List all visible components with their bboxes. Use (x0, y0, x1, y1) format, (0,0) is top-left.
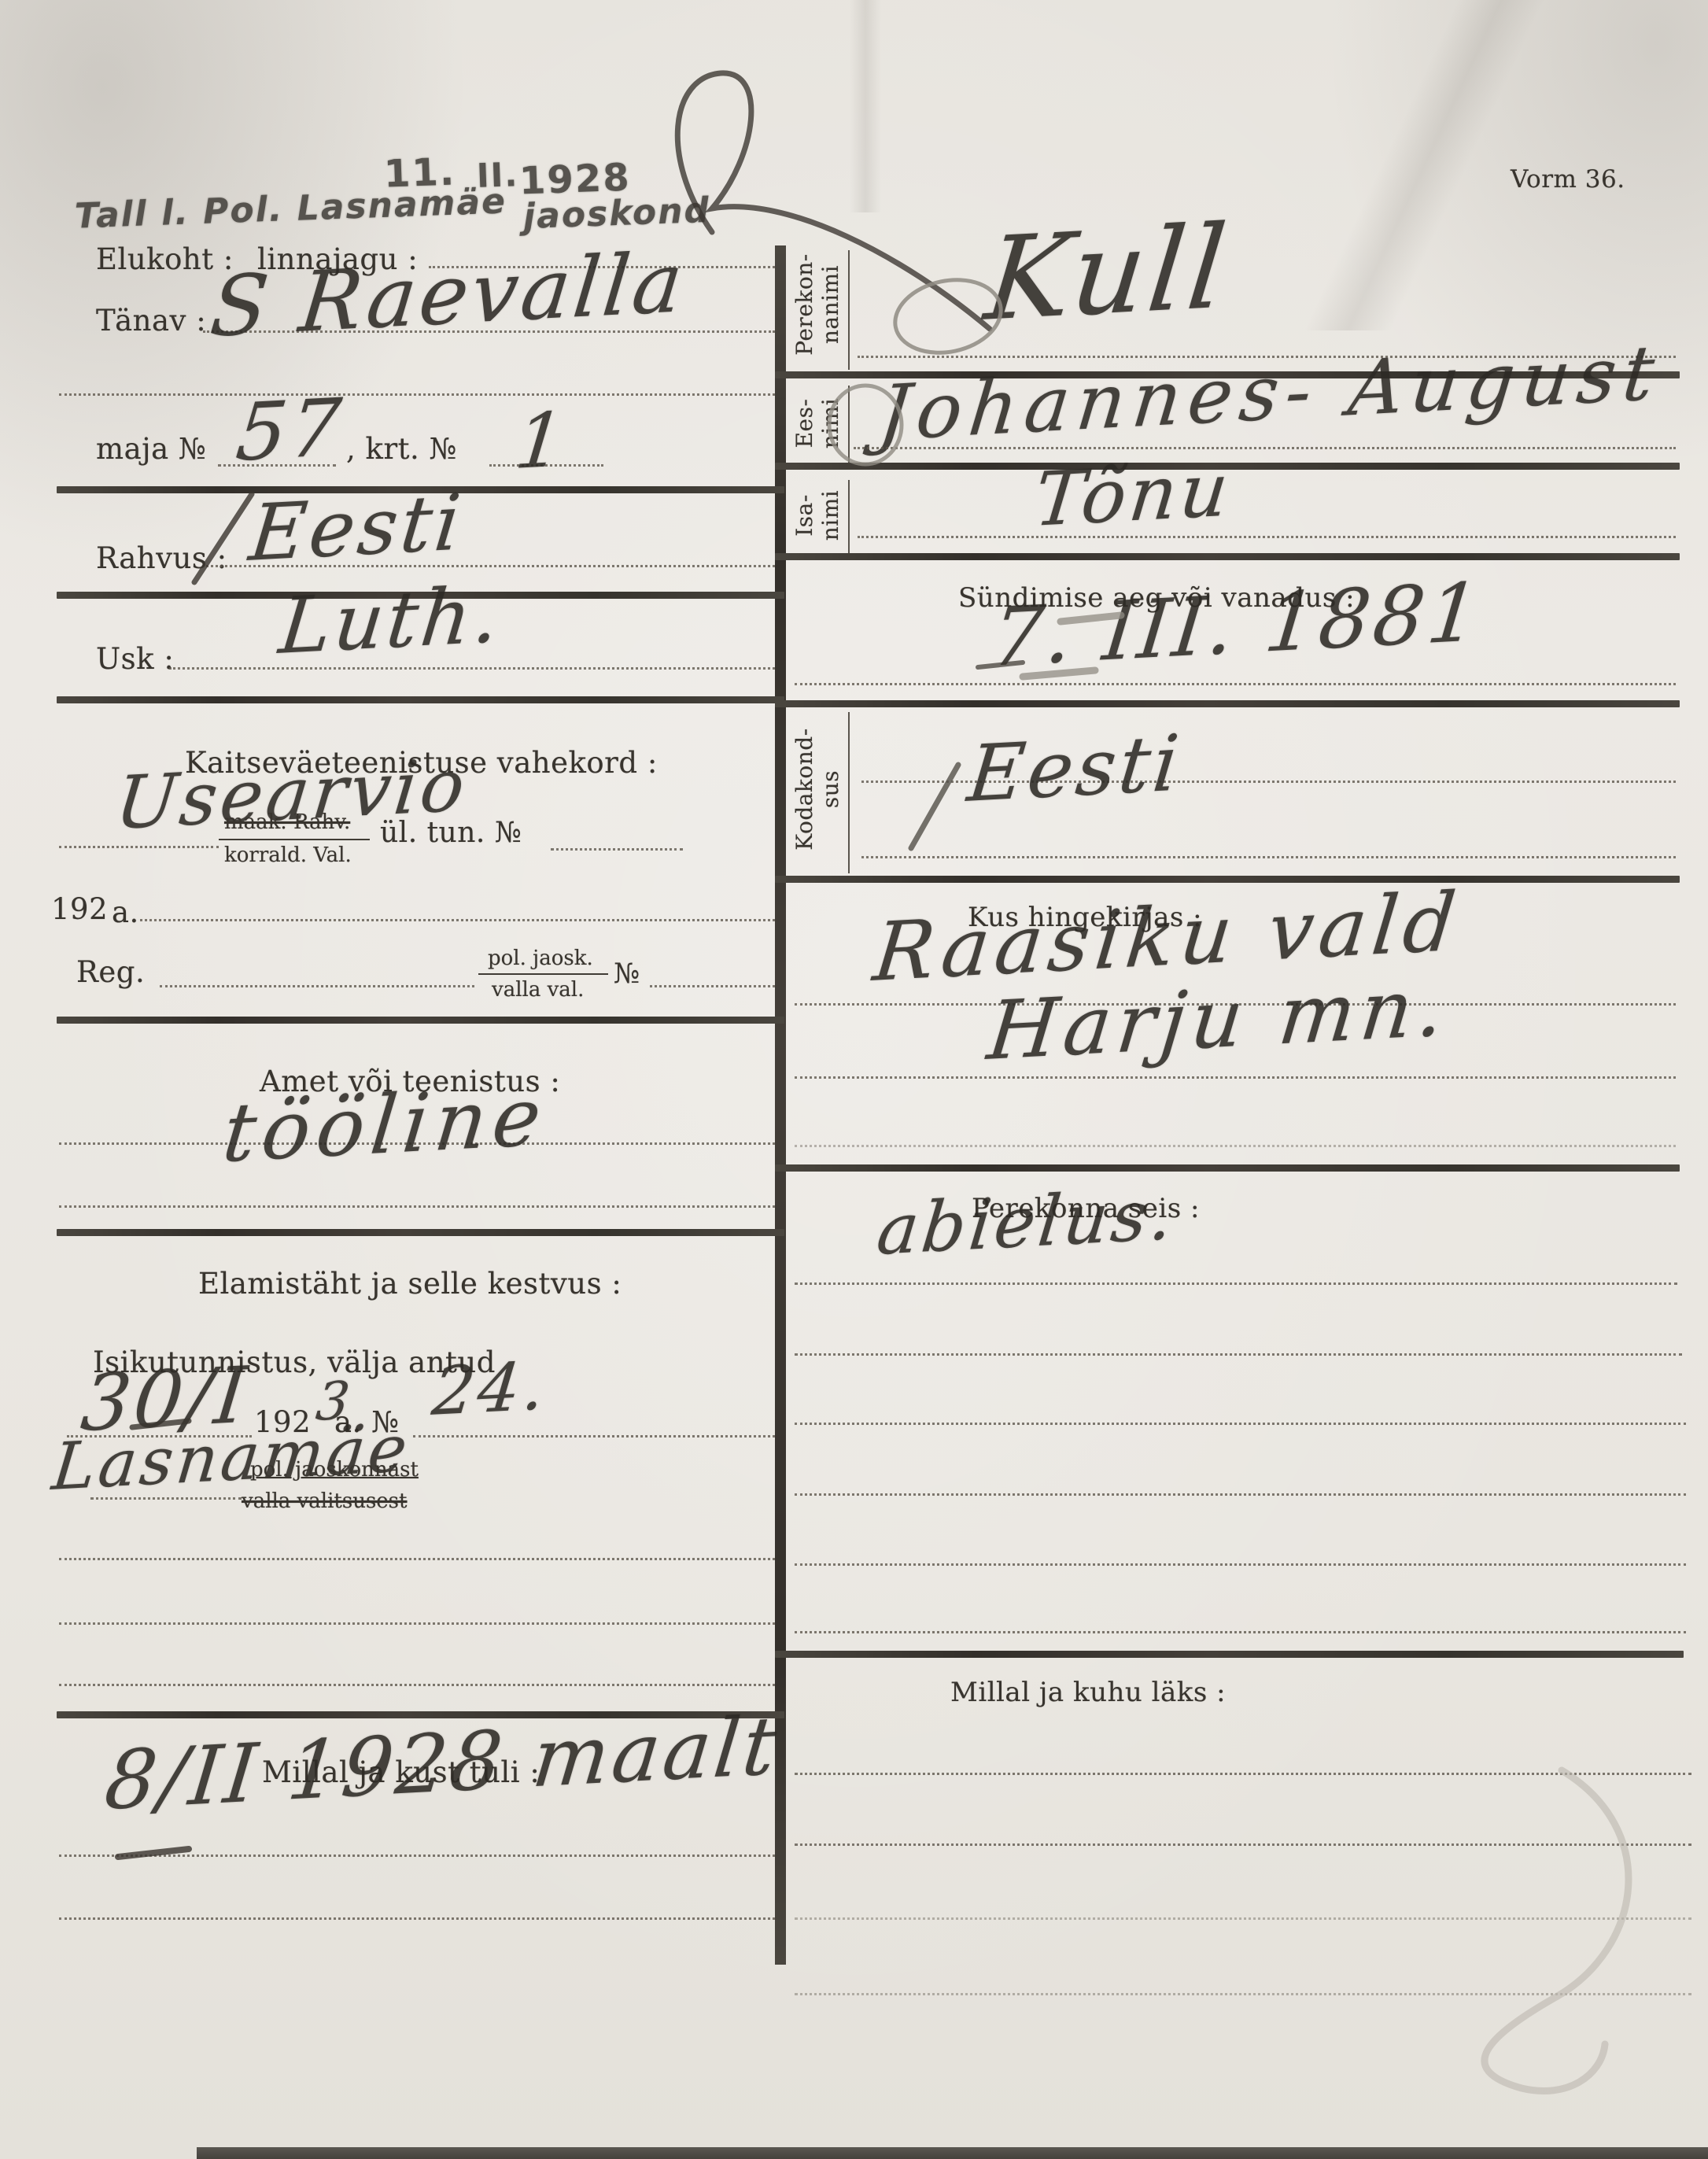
perekonnanimi-label: Perekon- nanimi (791, 242, 842, 367)
kodakondsus-blank-line-2 (861, 856, 1676, 858)
usk-handwritten-value: Luth. (275, 570, 507, 672)
blank-line (795, 1773, 1691, 1775)
blank-line (59, 1558, 775, 1560)
isiku-option-top: pol. jaoskonnast (250, 1458, 419, 1482)
blank-line (59, 1684, 775, 1686)
elamistaht-heading: Elamistäht ja selle kestvus : (198, 1267, 622, 1301)
section-rule (57, 1017, 784, 1024)
isiku-no-handwritten: 24. (429, 1347, 552, 1430)
eesnimi-label-line1: Ees- (791, 380, 817, 467)
amet-handwritten-value: tööline (219, 1070, 552, 1181)
perekonnanimi-label-line1: Perekon- (791, 242, 817, 367)
blank-line (59, 1622, 775, 1625)
usk-label: Usk : (96, 642, 174, 676)
form-number: Vorm 36. (1511, 165, 1625, 194)
kodakondsus-label-line2: sus (817, 710, 843, 868)
blank-line (795, 1563, 1686, 1566)
blank-line (59, 1917, 775, 1920)
eesnimi-label-line2: nimi (817, 380, 843, 467)
tanav-label: Tänav : (96, 304, 206, 338)
kaitse-blank-line-left (59, 846, 219, 848)
isiku-option-bottom: valla valitsusest (242, 1489, 407, 1513)
millal-tuli-handwritten: 8/II 1928 maalt (101, 1699, 784, 1829)
reg-label: Reg. (76, 955, 145, 989)
section-rule (775, 876, 1680, 883)
kaitse-option-bottom: korrald. Val. (224, 843, 352, 867)
label-separator-rule (848, 250, 850, 370)
blank-line (795, 1843, 1691, 1846)
rahvus-handwritten-value: Eesti (245, 478, 467, 579)
section-rule (775, 700, 1680, 707)
section-rule (775, 1164, 1680, 1172)
eesnimi-handwritten: Johannes- August (875, 328, 1666, 458)
pencil-flourish-bottom-right (1485, 1770, 1629, 2091)
amet-blank-line-2 (59, 1205, 775, 1208)
eesnimi-label: Ees- nimi (791, 380, 842, 467)
section-rule (775, 1651, 1684, 1658)
eesnimi-blank-line (854, 447, 1676, 449)
maja-label: maja № (96, 432, 206, 466)
reg-option-bottom: valla val. (492, 978, 584, 1002)
rahvus-label: Rahvus : (96, 541, 227, 575)
section-rule (57, 696, 784, 703)
year-a-label: a. (112, 895, 139, 929)
reg-blank-line (160, 985, 474, 987)
isiku-blank-line-right (413, 1435, 775, 1437)
label-separator-rule (848, 712, 850, 873)
ul-tun-blank-line (551, 848, 683, 851)
elukoht-label: Elukoht : (96, 242, 234, 276)
usk-blank-line (169, 667, 775, 670)
perekonnanimi-label-line2: nanimi (817, 242, 843, 367)
reg-no-label: № (614, 958, 640, 990)
kaitse-fraction-line (219, 839, 370, 840)
blank-line (795, 1917, 1691, 1920)
section-rule (775, 553, 1680, 560)
blank-line (795, 1353, 1682, 1356)
isanimi-blank-line (858, 536, 1676, 538)
sundimise-blank-line (795, 683, 1676, 685)
stamp-date-month: II. (476, 155, 519, 195)
scan-edge-bottom (197, 2147, 1708, 2159)
isiku-blank-line-3 (90, 1497, 242, 1500)
label-separator-rule (848, 480, 850, 553)
reg-no-blank-line (650, 985, 775, 987)
krt-handwritten-value: 1 (511, 397, 571, 486)
hingekirjas-blank-line-2 (795, 1076, 1676, 1079)
millal-laks-heading: Millal ja kuhu läks : (950, 1677, 1226, 1708)
year-blank-line (140, 919, 775, 921)
maja-handwritten-value: 57 (232, 381, 348, 479)
isanimi-label-line2: nimi (817, 472, 843, 559)
reg-fraction-line (478, 973, 608, 975)
section-rule (57, 1229, 784, 1236)
kodakondsus-label: Kodakond- sus (791, 710, 842, 868)
isanimi-label: Isa- nimi (791, 472, 842, 559)
blank-line (795, 1631, 1686, 1633)
blank-line (795, 1423, 1686, 1425)
ul-tun-label: ül. tun. № (380, 817, 522, 849)
kodakondsus-label-line1: Kodakond- (791, 710, 817, 868)
paper-crease-top-center (850, 0, 881, 212)
kaitse-option-top: maak. Rahv. (224, 810, 350, 834)
year-192-label: 192 (51, 892, 108, 926)
ink-slash-kodakondsus (911, 765, 958, 848)
reg-option-top: pol. jaosk. (488, 947, 593, 970)
blank-line (59, 1855, 775, 1857)
blank-line (795, 1993, 1691, 1995)
isanimi-label-line1: Isa- (791, 472, 817, 559)
blank-line (795, 1493, 1686, 1496)
blank-line (795, 1282, 1677, 1285)
krt-label: , krt. № (346, 432, 457, 466)
stamp-date-year: 1928 (518, 156, 631, 204)
isanimi-handwritten: Tõnu (1031, 447, 1235, 544)
tanav-blank-line-2 (59, 393, 775, 396)
scanned-registration-card: Tall l. Pol. Lasnamäe jaoskond 11. II. 1… (0, 0, 1708, 2159)
perekonnanimi-handwritten: Kull (979, 201, 1235, 347)
stamp-date-day: 11. (383, 149, 456, 196)
label-separator-rule (848, 386, 850, 464)
hingekirjas-blank-line-3 (795, 1145, 1676, 1147)
perekonna-seis-handwritten: abielus. (873, 1173, 1179, 1271)
kodakondsus-handwritten: Eesti (964, 718, 1186, 820)
